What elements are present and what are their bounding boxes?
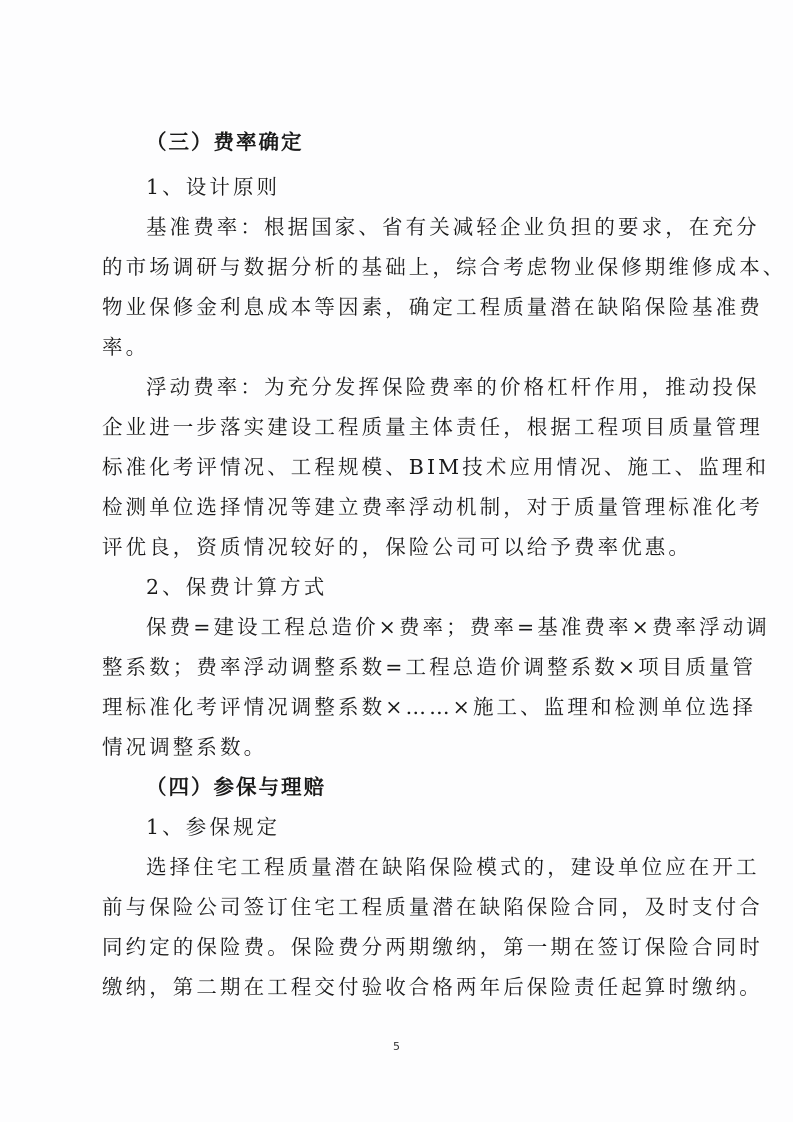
- paragraph-line: 检测单位选择情况等建立费率浮动机制，对于质量管理标准化考: [102, 493, 702, 521]
- paragraph-line: 率。: [102, 333, 702, 361]
- paragraph-line: 浮动费率：为充分发挥保险费率的价格杠杆作用，推动投保: [146, 373, 702, 401]
- paragraph-line: 保费=建设工程总造价×费率；费率=基准费率×费率浮动调: [146, 613, 702, 641]
- paragraph-line: 缴纳，第二期在工程交付验收合格两年后保险责任起算时缴纳。: [102, 973, 702, 1001]
- section-heading-rate-determination: （三）费率确定: [146, 128, 746, 156]
- document-page: （三）费率确定 1、设计原则 基准费率：根据国家、省有关减轻企业负担的要求，在充…: [0, 0, 793, 1122]
- paragraph-line: 评优良，资质情况较好的，保险公司可以给予费率优惠。: [102, 533, 702, 561]
- paragraph-line: 情况调整系数。: [102, 733, 702, 761]
- paragraph-line: 标准化考评情况、工程规模、BIM技术应用情况、施工、监理和: [102, 453, 702, 481]
- subheading-design-principles: 1、设计原则: [146, 173, 702, 201]
- paragraph-line: 企业进一步落实建设工程质量主体责任，根据工程项目质量管理: [102, 413, 702, 441]
- paragraph-line: 前与保险公司签订住宅工程质量潜在缺陷保险合同，及时支付合: [102, 893, 702, 921]
- paragraph-line: 选择住宅工程质量潜在缺陷保险模式的，建设单位应在开工: [146, 853, 702, 881]
- section-heading-insurance-claims: （四）参保与理赔: [146, 773, 746, 801]
- subheading-premium-calculation: 2、保费计算方式: [146, 573, 702, 601]
- paragraph-line: 同约定的保险费。保险费分两期缴纳，第一期在签订保险合同时: [102, 933, 702, 961]
- subheading-insurance-rules: 1、参保规定: [146, 813, 702, 841]
- page-number: 5: [0, 1040, 793, 1053]
- paragraph-line: 的市场调研与数据分析的基础上，综合考虑物业保修期维修成本、: [102, 253, 702, 281]
- paragraph-line: 理标准化考评情况调整系数×……×施工、监理和检测单位选择: [102, 693, 702, 721]
- paragraph-line: 物业保修金利息成本等因素，确定工程质量潜在缺陷保险基准费: [102, 293, 702, 321]
- paragraph-line: 整系数；费率浮动调整系数=工程总造价调整系数×项目质量管: [102, 653, 702, 681]
- paragraph-line: 基准费率：根据国家、省有关减轻企业负担的要求，在充分: [146, 213, 702, 241]
